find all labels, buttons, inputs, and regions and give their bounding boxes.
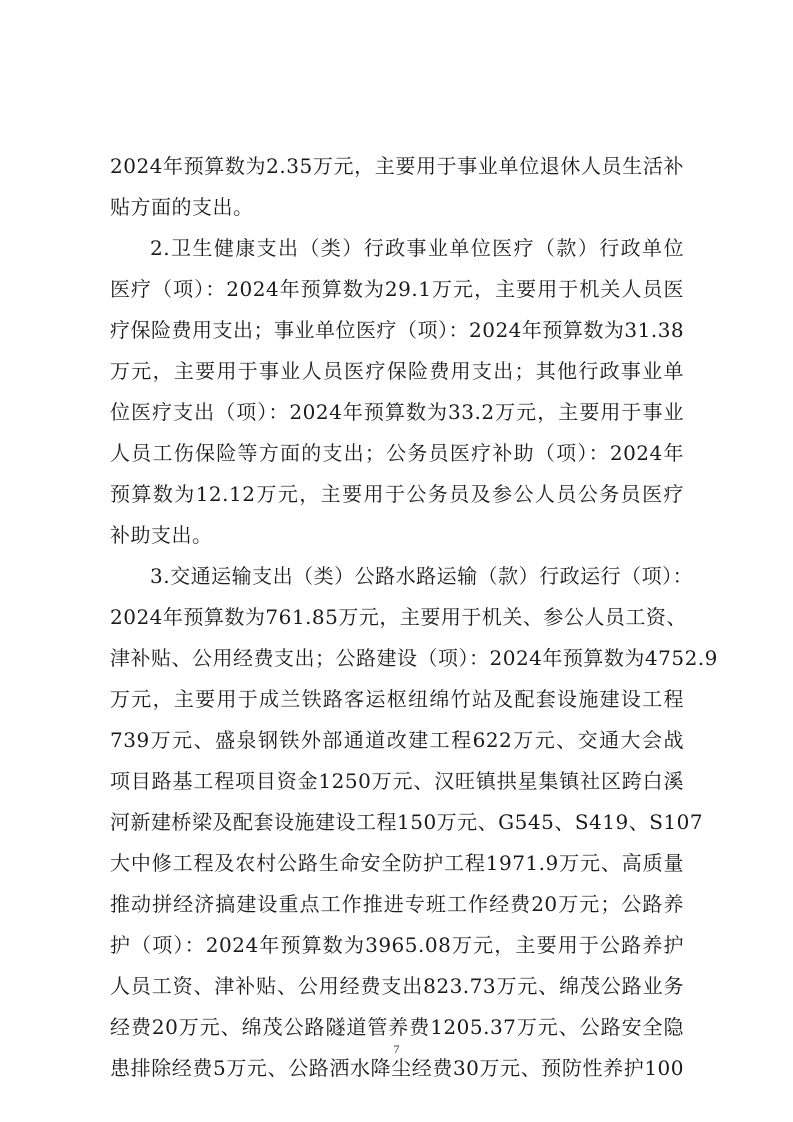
section-heading-health: 2.卫生健康支出（类）行政事业单位医疗（款）行政单位 [110,228,684,269]
text-line: 护（项）：2024年预算数为3965.08万元，主要用于公路养护 [110,925,684,966]
section-heading-transport: 3.交通运输支出（类）公路水路运输（款）行政运行（项）： [110,556,684,597]
text-line: 739万元、盛泉钢铁外部通道改建工程622万元、交通大会战 [110,720,684,761]
text-line: 预算数为12.12万元，主要用于公务员及参公人员公务员医疗 [110,474,684,515]
text-line: 疗保险费用支出；事业单位医疗（项）：2024年预算数为31.38 [110,310,684,351]
text-line: 补助支出。 [110,515,684,556]
text-line: 项目路基工程项目资金1250万元、汉旺镇拱星集镇社区跨白溪 [110,761,684,802]
text-line: 位医疗支出（项）：2024年预算数为33.2万元，主要用于事业 [110,392,684,433]
text-line: 津补贴、公用经费支出；公路建设（项）：2024年预算数为4752.9 [110,638,684,679]
text-line: 大中修工程及农村公路生命安全防护工程1971.9万元、高质量 [110,843,684,884]
document-body: 2024年预算数为2.35万元，主要用于事业单位退休人员生活补 贴方面的支出。 … [110,146,684,1089]
text-line: 人员工资、津补贴、公用经费支出823.73万元、绵茂公路业务 [110,966,684,1007]
text-line: 2024年预算数为761.85万元，主要用于机关、参公人员工资、 [110,597,684,638]
text-line: 河新建桥梁及配套设施建设工程150万元、G545、S419、S107 [110,802,684,843]
page-number: 7 [0,1042,793,1057]
text-line: 贴方面的支出。 [110,187,684,228]
text-line: 2024年预算数为2.35万元，主要用于事业单位退休人员生活补 [110,146,684,187]
text-line: 万元，主要用于成兰铁路客运枢纽绵竹站及配套设施建设工程 [110,679,684,720]
text-line: 人员工伤保险等方面的支出；公务员医疗补助（项）：2024年 [110,433,684,474]
text-line: 医疗（项）：2024年预算数为29.1万元，主要用于机关人员医 [110,269,684,310]
text-line: 万元，主要用于事业人员医疗保险费用支出；其他行政事业单 [110,351,684,392]
text-line: 推动拼经济搞建设重点工作推进专班工作经费20万元；公路养 [110,884,684,925]
